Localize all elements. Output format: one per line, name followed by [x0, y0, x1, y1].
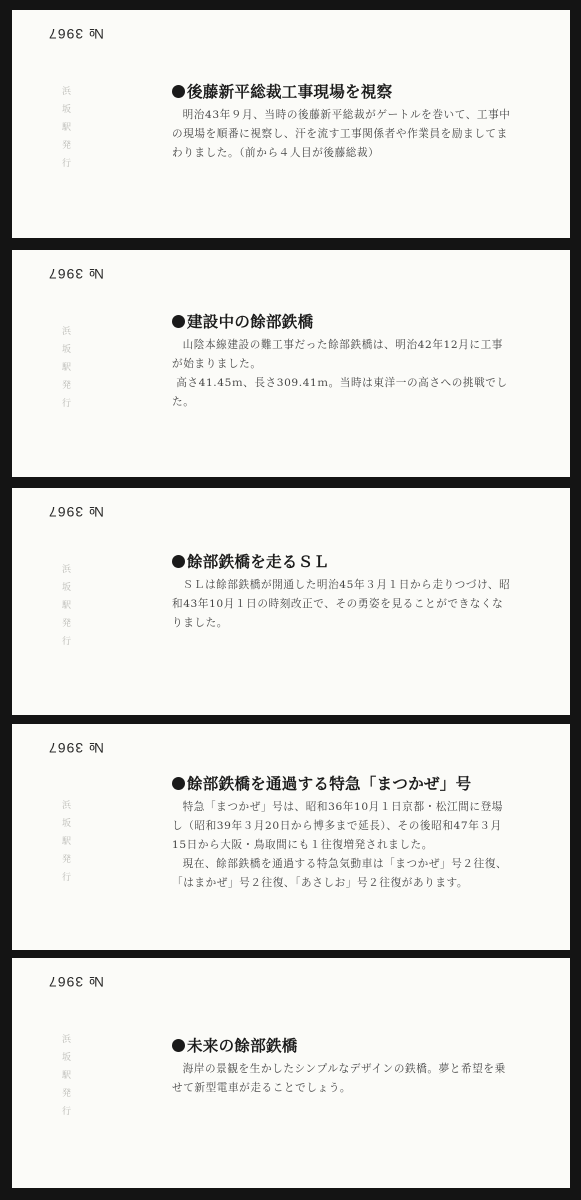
card-body: 海岸の景観を生かしたシンプルなデザインの鉄橋。夢と希望を乗せて新型電車が走ること… — [172, 1060, 512, 1098]
card-heading: 餘部鉄橋を走るＳＬ — [172, 552, 512, 572]
card-body: 特急「まつかぜ」号は、昭和36年10月１日京都・松江間に登場し（昭和39年３月2… — [172, 798, 512, 893]
card-heading-text: 後藤新平総裁工事現場を視察 — [187, 83, 392, 101]
card-content: 餘部鉄橋を走るＳＬ ＳＬは餘部鉄橋が開通した明治45年３月１日から走りつづけ、昭… — [172, 552, 512, 633]
ticket-card-5: № 3967 浜坂駅発行 未来の餘部鉄橋 海岸の景観を生かしたシンプルなデザイン… — [12, 958, 570, 1188]
card-heading: 餘部鉄橋を通過する特急「まつかぜ」号 — [172, 774, 512, 794]
card-paragraph: 山陰本線建設の難工事だった餘部鉄橋は、明治42年12月に工事が始まりました。 — [172, 336, 512, 374]
serial-number: № 3967 — [48, 740, 104, 756]
issuing-station-stamp: 浜坂駅発行 — [62, 564, 74, 654]
issuing-station-stamp: 浜坂駅発行 — [62, 326, 74, 416]
card-paragraph: 特急「まつかぜ」号は、昭和36年10月１日京都・松江間に登場し（昭和39年３月2… — [172, 798, 512, 855]
serial-number: № 3967 — [48, 504, 104, 520]
bullet-icon — [172, 555, 185, 568]
card-heading: 未来の餘部鉄橋 — [172, 1036, 512, 1056]
card-body: 明治43年９月、当時の後藤新平総裁がゲートルを巻いて、工事中の現場を順番に視察し… — [172, 106, 512, 163]
serial-number: № 3967 — [48, 974, 104, 990]
card-paragraph: ＳＬは餘部鉄橋が開通した明治45年３月１日から走りつづけ、昭和43年10月１日の… — [172, 576, 512, 633]
card-heading: 後藤新平総裁工事現場を視察 — [172, 82, 512, 102]
ticket-card-2: № 3967 浜坂駅発行 建設中の餘部鉄橋 山陰本線建設の難工事だった餘部鉄橋は… — [12, 250, 570, 477]
issuing-station-stamp: 浜坂駅発行 — [62, 800, 74, 890]
card-paragraph: 明治43年９月、当時の後藤新平総裁がゲートルを巻いて、工事中の現場を順番に視察し… — [172, 106, 512, 163]
ticket-card-3: № 3967 浜坂駅発行 餘部鉄橋を走るＳＬ ＳＬは餘部鉄橋が開通した明治45年… — [12, 488, 570, 715]
card-content: 餘部鉄橋を通過する特急「まつかぜ」号 特急「まつかぜ」号は、昭和36年10月１日… — [172, 774, 512, 893]
ticket-card-1: № 3967 浜坂駅発行 後藤新平総裁工事現場を視察 明治43年９月、当時の後藤… — [12, 10, 570, 238]
ticket-card-4: № 3967 浜坂駅発行 餘部鉄橋を通過する特急「まつかぜ」号 特急「まつかぜ」… — [12, 724, 570, 950]
serial-number: № 3967 — [48, 266, 104, 282]
card-heading-text: 餘部鉄橋を走るＳＬ — [187, 553, 329, 571]
card-content: 未来の餘部鉄橋 海岸の景観を生かしたシンプルなデザインの鉄橋。夢と希望を乗せて新… — [172, 1036, 512, 1098]
bullet-icon — [172, 1039, 185, 1052]
card-heading-text: 餘部鉄橋を通過する特急「まつかぜ」号 — [187, 775, 471, 793]
card-paragraph: 高さ41.45ｍ、長さ309.41ｍ。当時は東洋一の高さへの挑戦でした。 — [172, 374, 512, 412]
serial-number: № 3967 — [48, 26, 104, 42]
card-heading-text: 建設中の餘部鉄橋 — [187, 313, 313, 331]
card-content: 建設中の餘部鉄橋 山陰本線建設の難工事だった餘部鉄橋は、明治42年12月に工事が… — [172, 312, 512, 412]
card-heading: 建設中の餘部鉄橋 — [172, 312, 512, 332]
card-content: 後藤新平総裁工事現場を視察 明治43年９月、当時の後藤新平総裁がゲートルを巻いて… — [172, 82, 512, 163]
card-body: 山陰本線建設の難工事だった餘部鉄橋は、明治42年12月に工事が始まりました。 高… — [172, 336, 512, 412]
issuing-station-stamp: 浜坂駅発行 — [62, 86, 74, 176]
card-heading-text: 未来の餘部鉄橋 — [187, 1037, 298, 1055]
bullet-icon — [172, 315, 185, 328]
bullet-icon — [172, 85, 185, 98]
card-body: ＳＬは餘部鉄橋が開通した明治45年３月１日から走りつづけ、昭和43年10月１日の… — [172, 576, 512, 633]
bullet-icon — [172, 777, 185, 790]
issuing-station-stamp: 浜坂駅発行 — [62, 1034, 74, 1124]
card-paragraph: 現在、餘部鉄橋を通過する特急気動車は「まつかぜ」号２往復、「はまかぜ」号２往復、… — [172, 855, 512, 893]
card-paragraph: 海岸の景観を生かしたシンプルなデザインの鉄橋。夢と希望を乗せて新型電車が走ること… — [172, 1060, 512, 1098]
